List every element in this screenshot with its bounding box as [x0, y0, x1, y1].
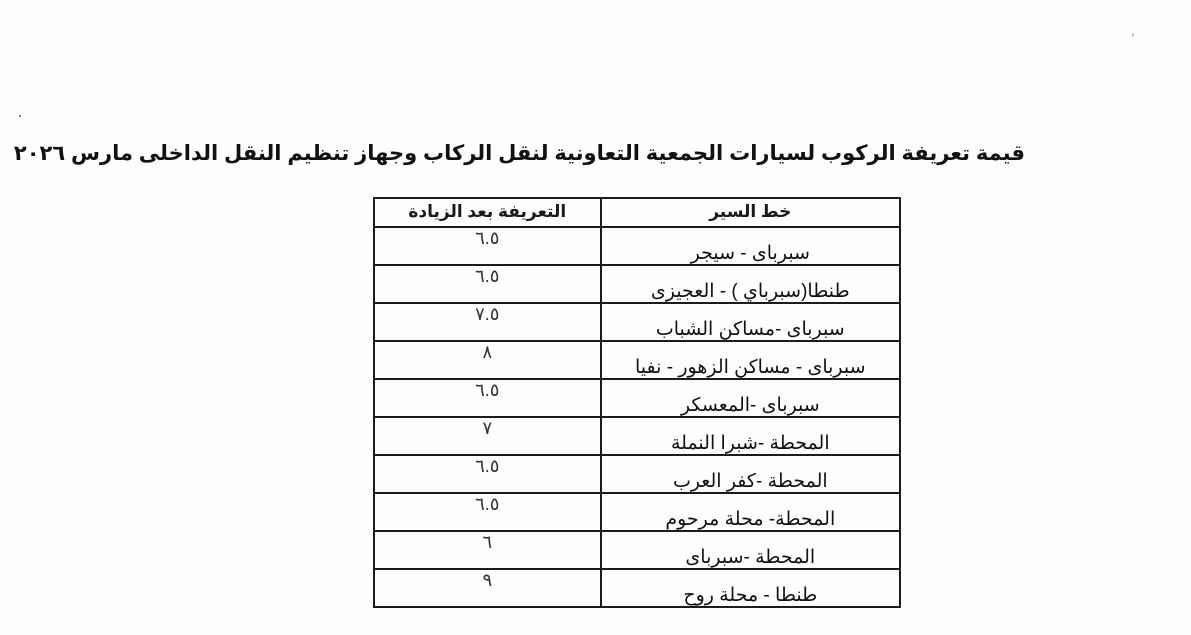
scan-speck	[1132, 33, 1134, 37]
fare-value: ٨	[375, 342, 600, 362]
table-row: ٨ سبرباى - مساكن الزهور - نفيا	[374, 341, 900, 379]
table-row: ٦.٥ سبرباى -المعسكر	[374, 379, 900, 417]
scan-speck	[19, 115, 21, 117]
fare-cell: ٦	[374, 531, 601, 569]
route-cell: المحطة- محلة مرحوم	[601, 493, 900, 531]
fare-value: ٦.٥	[375, 494, 600, 514]
fare-value: ٦.٥	[375, 266, 600, 286]
fare-cell: ٩	[374, 569, 601, 607]
route-cell: سبرباى - سيجر	[601, 227, 900, 265]
table-row: ٩ طنطا - محلة روح	[374, 569, 900, 607]
table-row: ٦.٥ طنطا(سبرباي ) - العجيزى	[374, 265, 900, 303]
route-cell: المحطة -شبرا النملة	[601, 417, 900, 455]
route-name: سبرباى -المعسكر	[602, 380, 899, 416]
table-row: ٦ المحطة -سبرباى	[374, 531, 900, 569]
fare-value: ٦	[375, 532, 600, 552]
route-cell: المحطة -سبرباى	[601, 531, 900, 569]
fare-value: ٦.٥	[375, 456, 600, 476]
fare-value: ٩	[375, 570, 600, 590]
table-header-row: التعريفة بعد الزيادة خط السير	[374, 198, 900, 227]
route-name: المحطة -كفر العرب	[602, 456, 899, 492]
fare-cell: ٦.٥	[374, 379, 601, 417]
table-row: ٦.٥ المحطة -كفر العرب	[374, 455, 900, 493]
document-page: قيمة تعريفة الركوب لسيارات الجمعية التعا…	[0, 0, 1191, 635]
table-row: ٦.٥ المحطة- محلة مرحوم	[374, 493, 900, 531]
fare-cell: ٧	[374, 417, 601, 455]
route-name: سبرباى -مساكن الشباب	[602, 304, 899, 340]
route-name: طنطا(سبرباي ) - العجيزى	[602, 266, 899, 302]
fare-cell: ٦.٥	[374, 227, 601, 265]
table-row: ٦.٥ سبرباى - سيجر	[374, 227, 900, 265]
table-row: ٧ المحطة -شبرا النملة	[374, 417, 900, 455]
route-cell: سبرباى -المعسكر	[601, 379, 900, 417]
route-name: طنطا - محلة روح	[602, 570, 899, 606]
fare-cell: ٦.٥	[374, 455, 601, 493]
fare-table: التعريفة بعد الزيادة خط السير ٦.٥ سبرباى…	[373, 197, 901, 608]
fare-cell: ٦.٥	[374, 265, 601, 303]
header-route: خط السير	[601, 198, 900, 227]
table-row: ٧.٥ سبرباى -مساكن الشباب	[374, 303, 900, 341]
fare-cell: ٦.٥	[374, 493, 601, 531]
route-cell: طنطا - محلة روح	[601, 569, 900, 607]
fare-value: ٧	[375, 418, 600, 438]
route-name: سبرباى - مساكن الزهور - نفيا	[602, 342, 899, 378]
fare-value: ٦.٥	[375, 228, 600, 248]
route-cell: سبرباى - مساكن الزهور - نفيا	[601, 341, 900, 379]
route-name: المحطة- محلة مرحوم	[602, 494, 899, 530]
document-title: قيمة تعريفة الركوب لسيارات الجمعية التعا…	[180, 140, 1025, 168]
fare-value: ٦.٥	[375, 380, 600, 400]
route-cell: المحطة -كفر العرب	[601, 455, 900, 493]
route-name: سبرباى - سيجر	[602, 228, 899, 264]
fare-cell: ٧.٥	[374, 303, 601, 341]
route-name: المحطة -شبرا النملة	[602, 418, 899, 454]
fare-value: ٧.٥	[375, 304, 600, 324]
route-cell: سبرباى -مساكن الشباب	[601, 303, 900, 341]
route-name: المحطة -سبرباى	[602, 532, 899, 568]
header-fare: التعريفة بعد الزيادة	[374, 198, 601, 227]
route-cell: طنطا(سبرباي ) - العجيزى	[601, 265, 900, 303]
fare-cell: ٨	[374, 341, 601, 379]
